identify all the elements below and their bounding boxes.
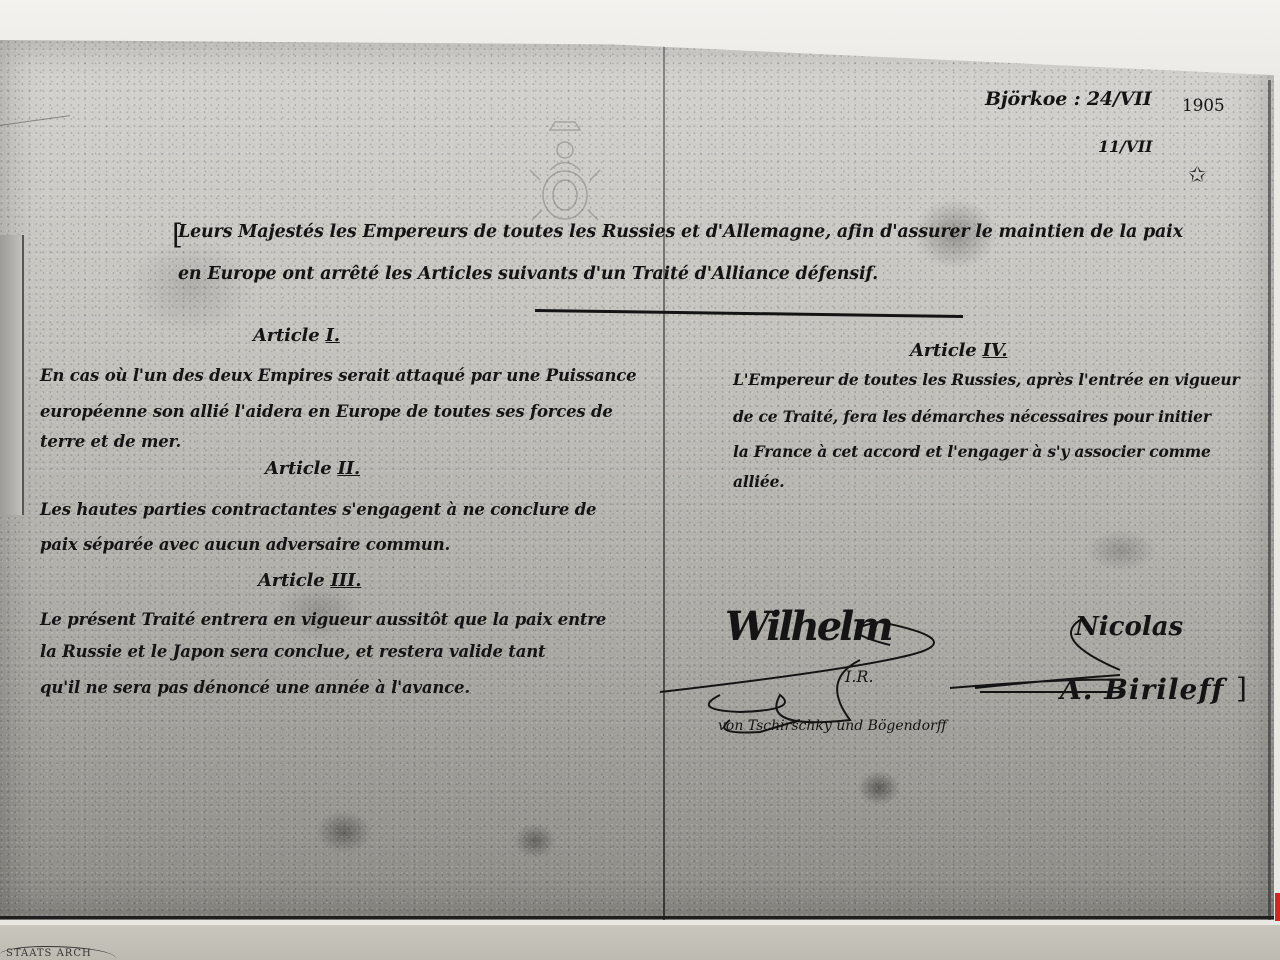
countersignature-right: A. Birileff [1060, 673, 1224, 706]
article-4-line-4: alliée. [733, 472, 784, 491]
article-label: Article [910, 340, 976, 361]
place-name: Björkoe [985, 88, 1067, 110]
article-1-line-3: terre et de mer. [40, 432, 181, 451]
red-tab-marker [1275, 893, 1280, 921]
article-4-line-3: la France à cet accord et l'engager à s'… [733, 442, 1211, 461]
article-label: Article [258, 570, 324, 591]
article-4-line-1: L'Empereur de toutes les Russies, après … [733, 370, 1239, 389]
star-mark-icon: ✩ [1188, 163, 1206, 188]
date-new-style: 24/VII [1087, 88, 1152, 110]
signature-wilhelm-suffix: I.R. [845, 667, 874, 686]
article-label: Article [265, 458, 331, 479]
signature-wilhelm: Wilhelm [725, 603, 891, 650]
right-paper-edge [1268, 80, 1271, 920]
article-numeral: IV. [983, 340, 1008, 361]
article-3-line-1: Le présent Traité entrera en vigueur aus… [40, 610, 606, 629]
article-4-line-2: de ce Traité, fera les démarches nécessa… [733, 407, 1211, 426]
article-2-line-1: Les hautes parties contractantes s'engag… [40, 500, 596, 519]
countersignature-left: von Tschirschky und Bögendorff [718, 718, 947, 734]
article-label: Article [253, 325, 319, 346]
article-2-line-2: paix séparée avec aucun adversaire commu… [40, 535, 450, 554]
date-old-style: 11/VII [1098, 137, 1152, 156]
place-date-line: Björkoe : 24/VII [985, 88, 1152, 110]
closing-bracket: ] [1236, 672, 1247, 705]
article-3-heading: Article III. [258, 570, 361, 591]
article-1-line-2: européenne son allié l'aidera en Europe … [40, 402, 613, 421]
torn-left-edge [0, 235, 24, 515]
article-1-line-1: En cas où l'un des deux Empires serait a… [40, 366, 636, 385]
article-1-heading: Article I. [253, 325, 340, 346]
article-3-line-3: qu'il ne sera pas dénoncé une année à l'… [40, 678, 470, 697]
article-numeral: II. [338, 458, 361, 479]
center-fold-crease [663, 40, 665, 920]
folded-corner [0, 90, 70, 126]
preamble-line-1: Leurs Majestés les Empereurs de toutes l… [178, 222, 1183, 242]
treaty-document-sheet [0, 40, 1274, 920]
article-2-heading: Article II. [265, 458, 360, 479]
photo-backdrop-bottom [0, 925, 1280, 960]
preamble-line-2: en Europe ont arrêté les Articles suivan… [178, 264, 878, 284]
article-3-line-2: la Russie et le Japon sera conclue, et r… [40, 642, 545, 661]
article-numeral: III. [331, 570, 362, 591]
article-4-heading: Article IV. [910, 340, 1007, 361]
signature-nicolas: Nicolas [1075, 612, 1183, 642]
imperial-crest-watermark-icon [520, 110, 610, 230]
article-numeral: I. [326, 325, 340, 346]
bottom-paper-edge [0, 916, 1274, 919]
date-separator: : [1074, 88, 1087, 110]
year: 1905 [1182, 96, 1224, 116]
